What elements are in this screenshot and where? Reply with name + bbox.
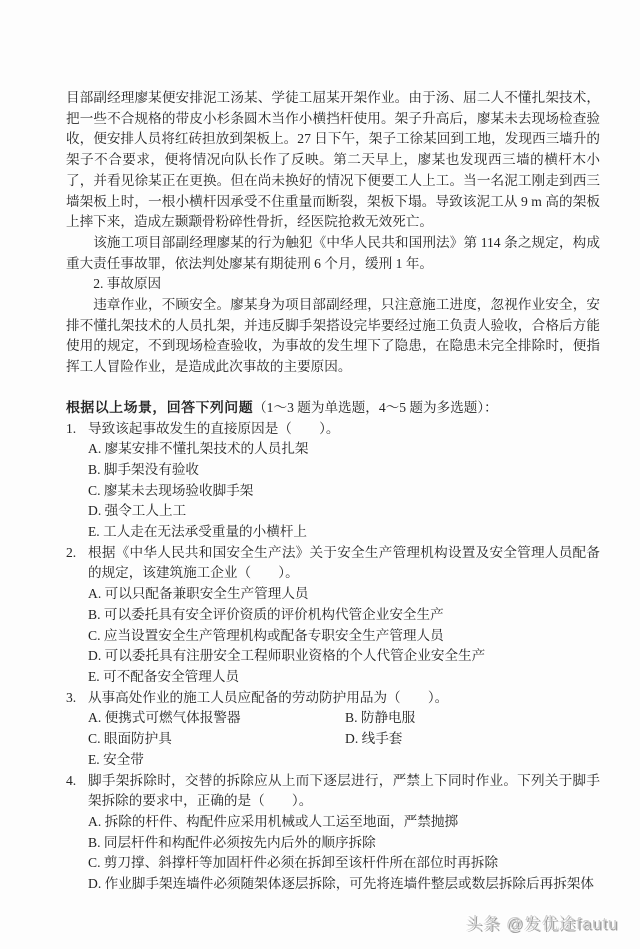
answer-option: D. 可以委托具有注册安全工程师职业资格的个人代管企业安全生产 [88, 646, 600, 667]
question: 4.脚手架拆除时，交替的拆除应从上而下逐层进行，严禁上下同时作业。下列关于脚手架… [66, 771, 600, 895]
scenario-paragraph: 目部副经理廖某便安排泥工汤某、学徒工屈某开架作业。由于汤、屈二人不懂扎架技术，把… [66, 88, 600, 233]
question-stem: 导致该起事故发生的直接原因是（ ）。 [88, 419, 600, 440]
question-stem: 脚手架拆除时，交替的拆除应从上而下逐层进行，严禁上下同时作业。下列关于脚手架拆除… [88, 771, 600, 812]
option-row: A. 可以只配备兼职安全生产管理人员 [88, 584, 600, 605]
scenario-paragraph: 违章作业，不顾安全。廖某身为项目部副经理，只注意施工进度，忽视作业安全，安排不懂… [66, 295, 600, 378]
option-row: B. 可以委托具有安全评价资质的评价机构代管企业安全生产 [88, 605, 600, 626]
answer-option: C. 应当设置安全生产管理机构或配备专职安全生产管理人员 [88, 626, 600, 647]
option-row: C. 应当设置安全生产管理机构或配备专职安全生产管理人员 [88, 626, 600, 647]
answer-option: A. 便携式可燃气体报警器 [88, 708, 345, 729]
option-row: A. 廖某安排不懂扎架技术的人员扎架 [88, 439, 600, 460]
question: 3.从事高处作业的施工人员应配备的劳动防护用品为（ ）。A. 便携式可燃气体报警… [66, 688, 600, 771]
question-number: 3. [66, 688, 76, 709]
answer-option: C. 剪刀撑、斜撑杆等加固杆件必须在拆卸至该杆件所在部位时再拆除 [88, 853, 600, 874]
answer-option: D. 强令工人上工 [88, 501, 600, 522]
answer-option: E. 工人走在无法承受重量的小横杆上 [88, 522, 600, 543]
answer-option: D. 线手套 [345, 729, 402, 750]
questions-header-title: 根据以上场景，回答下列问题 [66, 399, 253, 415]
answer-option: D. 作业脚手架连墙件必须随架体逐层拆除，可先将连墙件整层或数层拆除后再拆架体 [88, 874, 600, 895]
answer-option: B. 同层杆件和构配件必须按先内后外的顺序拆除 [88, 833, 600, 854]
question-stem: 从事高处作业的施工人员应配备的劳动防护用品为（ ）。 [88, 688, 600, 709]
document-page: 目部副经理廖某便安排泥工汤某、学徒工屈某开架作业。由于汤、屈二人不懂扎架技术，把… [0, 0, 640, 949]
option-row: E. 可不配备安全管理人员 [88, 667, 600, 688]
questions-header: 根据以上场景，回答下列问题（1～3 题为单选题，4～5 题为多选题）： [66, 397, 600, 419]
answer-option: C. 廖某未去现场验收脚手架 [88, 481, 600, 502]
answer-option: A. 可以只配备兼职安全生产管理人员 [88, 584, 600, 605]
option-row: E. 安全带 [88, 750, 600, 771]
question: 2.根据《中华人民共和国安全生产法》关于安全生产管理机构设置及安全管理人员配备的… [66, 543, 600, 688]
questions-header-note: （1～3 题为单选题，4～5 题为多选题）： [253, 400, 498, 415]
option-row: B. 脚手架没有验收 [88, 460, 600, 481]
option-row: C. 廖某未去现场验收脚手架 [88, 481, 600, 502]
option-row: A. 便携式可燃气体报警器B. 防静电服 [88, 708, 600, 729]
answer-option: B. 可以委托具有安全评价资质的评价机构代管企业安全生产 [88, 605, 600, 626]
scenario-paragraph: 2. 事故原因 [66, 274, 600, 295]
scenario-paragraphs: 目部副经理廖某便安排泥工汤某、学徒工屈某开架作业。由于汤、屈二人不懂扎架技术，把… [66, 88, 600, 378]
option-row: B. 同层杆件和构配件必须按先内后外的顺序拆除 [88, 833, 600, 854]
answer-option: A. 拆除的杆件、构配件应采用机械或人工运至地面，严禁抛掷 [88, 812, 600, 833]
option-row: D. 强令工人上工 [88, 501, 600, 522]
answer-option: E. 可不配备安全管理人员 [88, 667, 600, 688]
questions-list: 1.导致该起事故发生的直接原因是（ ）。A. 廖某安排不懂扎架技术的人员扎架B.… [66, 419, 600, 895]
question-number: 4. [66, 771, 76, 792]
document-body: 目部副经理廖某便安排泥工汤某、学徒工屈某开架作业。由于汤、屈二人不懂扎架技术，把… [66, 88, 600, 895]
answer-option: B. 脚手架没有验收 [88, 460, 600, 481]
question-stem: 根据《中华人民共和国安全生产法》关于安全生产管理机构设置及安全管理人员配备的规定… [88, 543, 600, 584]
question-number: 1. [66, 419, 76, 440]
answer-option: C. 眼面防护具 [88, 729, 345, 750]
answer-option: B. 防静电服 [345, 708, 415, 729]
option-row: D. 作业脚手架连墙件必须随架体逐层拆除，可先将连墙件整层或数层拆除后再拆架体 [88, 874, 600, 895]
option-row: E. 工人走在无法承受重量的小横杆上 [88, 522, 600, 543]
option-row: D. 可以委托具有注册安全工程师职业资格的个人代管企业安全生产 [88, 646, 600, 667]
answer-option: A. 廖某安排不懂扎架技术的人员扎架 [88, 439, 600, 460]
option-row: C. 剪刀撑、斜撑杆等加固杆件必须在拆卸至该杆件所在部位时再拆除 [88, 853, 600, 874]
option-row: A. 拆除的杆件、构配件应采用机械或人工运至地面，严禁抛掷 [88, 812, 600, 833]
question-number: 2. [66, 543, 76, 564]
question: 1.导致该起事故发生的直接原因是（ ）。A. 廖某安排不懂扎架技术的人员扎架B.… [66, 419, 600, 543]
answer-option: E. 安全带 [88, 750, 600, 771]
option-row: C. 眼面防护具D. 线手套 [88, 729, 600, 750]
scenario-paragraph: 该施工项目部副经理廖某的行为触犯《中华人民共和国刑法》第 114 条之规定，构成… [66, 233, 600, 274]
watermark: 头条 @发优途fautu [465, 910, 618, 934]
